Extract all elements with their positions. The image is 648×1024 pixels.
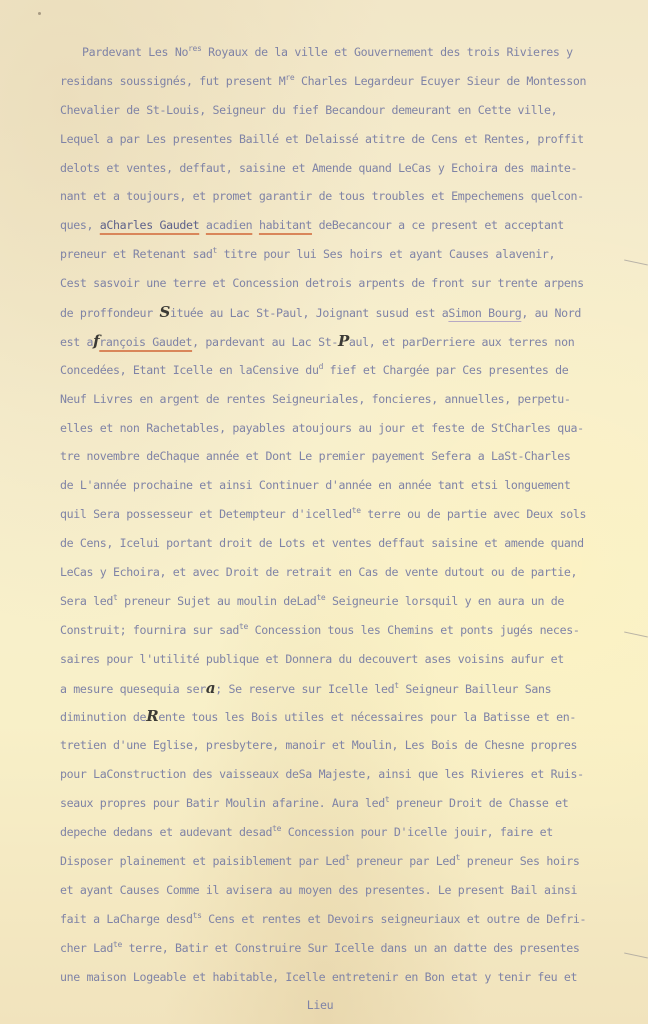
document-line: une maison Logeable et habitable, Icelle…: [60, 963, 640, 992]
document-line: residans soussignés, fut present Mre Cha…: [60, 67, 640, 96]
text-run: elles et non Rachetables, payables atouj…: [60, 421, 584, 435]
text-run: Pardevant Les No: [82, 45, 188, 59]
text-run: Chevalier de St-Louis, Seigneur du fief …: [60, 103, 557, 117]
text-run: tre novembre deChaque année et Dont Le p…: [60, 449, 571, 463]
document-line: diminution deRente tous les Bois utiles …: [60, 702, 640, 731]
underlined-name: Simon Bourg: [448, 306, 521, 320]
document-line: preneur et Retenant sadt titre pour lui …: [60, 240, 640, 269]
text-run: , pardevant au Lac St-: [192, 335, 338, 349]
text-run: preneur Sujet au moulin deLad: [118, 594, 317, 608]
handwritten-correction: P: [338, 332, 349, 350]
text-run: terre, Batir et Construire Sur Icelle da…: [122, 941, 579, 955]
text-run: de proffondeur: [60, 306, 159, 320]
text-run: Concedées, Etant Icelle en laCensive du: [60, 363, 319, 377]
text-run: [199, 218, 206, 232]
text-run: de Cens, Icelui portant droit de Lots et…: [60, 536, 584, 550]
text-run: et ayant Causes Comme il avisera au moye…: [60, 883, 577, 897]
text-run: ques,: [60, 218, 100, 232]
text-run: nant et a toujours, et promet garantir d…: [60, 189, 584, 203]
document-line: tre novembre deChaque année et Dont Le p…: [60, 442, 640, 471]
catchword: Lieu: [60, 991, 640, 1020]
text-run: ente tous les Bois utiles et nécessaires…: [158, 710, 576, 724]
document-line: Concedées, Etant Icelle en laCensive dud…: [60, 356, 640, 385]
text-run: Seigneurie lorsquil y en aura un de: [325, 594, 564, 608]
superscript-abbreviation: te: [272, 824, 281, 833]
document-body: Pardevant Les Nores Royaux de la ville e…: [60, 38, 640, 1020]
text-run: [252, 218, 259, 232]
text-run: deBecancour a ce present et acceptant: [312, 218, 564, 232]
text-run: Neuf Livres en argent de rentes Seigneur…: [60, 392, 571, 406]
text-run: aul, et parDerriere aux terres non: [349, 335, 574, 349]
document-line: depeche dedans et audevant desadte Conce…: [60, 818, 640, 847]
document-page: Pardevant Les Nores Royaux de la ville e…: [0, 0, 648, 1024]
document-line: elles et non Rachetables, payables atouj…: [60, 414, 640, 443]
text-run: Cens et rentes et Devoirs seigneuriaux e…: [202, 912, 587, 926]
document-line: saires pour l'utilité publique et Donner…: [60, 645, 640, 674]
text-run: tretien d'une Eglise, presbytere, manoir…: [60, 738, 577, 752]
text-run: LeCas y Echoira, et avec Droit de retrai…: [60, 565, 577, 579]
text-run: diminution de: [60, 710, 146, 724]
superscript-abbreviation: res: [188, 44, 201, 53]
text-run: Cest sasvoir une terre et Concession det…: [60, 276, 584, 290]
text-run: ; Se reserve sur Icelle led: [215, 682, 394, 696]
document-line: Disposer plainement et paisiblement par …: [60, 847, 640, 876]
text-run: Lequel a par Les presentes Baillé et Del…: [60, 132, 584, 146]
document-line: LeCas y Echoira, et avec Droit de retrai…: [60, 558, 640, 587]
document-line: cher Ladte terre, Batir et Construire Su…: [60, 934, 640, 963]
text-run: preneur Ses hoirs: [460, 854, 579, 868]
text-run: preneur Droit de Chasse et: [389, 796, 568, 810]
text-run: preneur par Led: [350, 854, 456, 868]
text-run: est a: [60, 335, 93, 349]
underlined-word: habitant: [259, 218, 312, 232]
underlined-name: rançois Gaudet: [99, 335, 192, 349]
document-line: de Cens, Icelui portant droit de Lots et…: [60, 529, 640, 558]
superscript-abbreviation: te: [113, 940, 122, 949]
text-run: une maison Logeable et habitable, Icelle…: [60, 970, 577, 984]
document-line: Pardevant Les Nores Royaux de la ville e…: [60, 38, 640, 67]
text-run: Royaux de la ville et Gouvernement des t…: [202, 45, 573, 59]
text-run: Seigneur Bailleur Sans: [399, 682, 552, 696]
text-run: , au Nord: [521, 306, 581, 320]
document-line: delots et ventes, deffaut, saisine et Am…: [60, 154, 640, 183]
text-run: Construit; fournira sur sad: [60, 623, 239, 637]
document-line: et ayant Causes Comme il avisera au moye…: [60, 876, 640, 905]
text-run: pour LaConstruction des vaisseaux deSa M…: [60, 767, 584, 781]
text-run: depeche dedans et audevant desad: [60, 825, 272, 839]
document-line: Neuf Livres en argent de rentes Seigneur…: [60, 385, 640, 414]
underlined-word: acadien: [206, 218, 252, 232]
document-line: tretien d'une Eglise, presbytere, manoir…: [60, 731, 640, 760]
text-run: delots et ventes, deffaut, saisine et Am…: [60, 161, 577, 175]
text-run: residans soussignés, fut present M: [60, 74, 285, 88]
text-run: seaux propres pour Batir Moulin afarine.…: [60, 796, 385, 810]
text-run: ituée au Lac St-Paul, Joignant susud est…: [170, 306, 448, 320]
text-run: de L'année prochaine et ainsi Continuer …: [60, 478, 571, 492]
handwritten-correction: R: [146, 707, 158, 725]
superscript-abbreviation: te: [239, 622, 248, 631]
superscript-abbreviation: te: [352, 506, 361, 515]
text-run: preneur et Retenant sad: [60, 247, 213, 261]
text-run: Charles Legardeur Ecuyer Sieur de Montes…: [294, 74, 586, 88]
document-line: est afrançois Gaudet, pardevant au Lac S…: [60, 327, 640, 356]
document-line: pour LaConstruction des vaisseaux deSa M…: [60, 760, 640, 789]
text-run: Concession pour D'icelle jouir, faire et: [281, 825, 553, 839]
document-line: Chevalier de St-Louis, Seigneur du fief …: [60, 96, 640, 125]
text-run: titre pour lui Ses hoirs et ayant Causes…: [217, 247, 555, 261]
document-line: a mesure quesequia sera; Se reserve sur …: [60, 674, 640, 703]
document-line: ques, aCharles Gaudet acadien habitant d…: [60, 211, 640, 240]
document-line: Construit; fournira sur sadte Concession…: [60, 616, 640, 645]
document-line: Cest sasvoir une terre et Concession det…: [60, 269, 640, 298]
text-run: Disposer plainement et paisiblement par …: [60, 854, 345, 868]
document-line: nant et a toujours, et promet garantir d…: [60, 182, 640, 211]
text-run: saires pour l'utilité publique et Donner…: [60, 652, 564, 666]
text-run: fief et Chargée par Ces presentes de: [323, 363, 568, 377]
document-line: de L'année prochaine et ainsi Continuer …: [60, 471, 640, 500]
text-run: a mesure quesequia ser: [60, 682, 206, 696]
text-run: terre ou de partie avec Deux sols: [361, 507, 586, 521]
underlined-name: aCharles Gaudet: [100, 218, 199, 232]
document-line: de proffondeur Située au Lac St-Paul, Jo…: [60, 298, 640, 327]
handwritten-correction: a: [206, 679, 215, 697]
document-line: seaux propres pour Batir Moulin afarine.…: [60, 789, 640, 818]
handwritten-correction: S: [159, 303, 169, 321]
text-run: quil Sera possesseur et Detempteur d'ice…: [60, 507, 352, 521]
paper-speck: [38, 12, 41, 15]
superscript-abbreviation: ts: [193, 911, 202, 920]
text-run: fait a LaCharge desd: [60, 912, 193, 926]
document-line: fait a LaCharge desdts Cens et rentes et…: [60, 905, 640, 934]
document-line: Lequel a par Les presentes Baillé et Del…: [60, 125, 640, 154]
text-run: Concession tous les Chemins et ponts jug…: [248, 623, 580, 637]
document-line: quil Sera possesseur et Detempteur d'ice…: [60, 500, 640, 529]
document-line: Sera ledt preneur Sujet au moulin deLadt…: [60, 587, 640, 616]
text-run: cher Lad: [60, 941, 113, 955]
text-run: Sera led: [60, 594, 113, 608]
